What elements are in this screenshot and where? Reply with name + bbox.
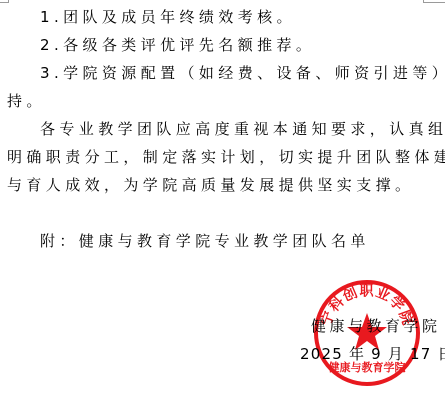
signature-org: 健康与教育学院 [311,316,441,336]
list-item-2: 2.各级各类评优评先名额推荐。 [40,35,445,55]
list-item-1: 1.团队及成员年终绩效考核。 [40,7,445,27]
paragraph-line-1: 各专业教学团队应高度重视本通知要求，认真组织学习， [40,119,445,139]
attachment-note: 附：健康与教育学院专业教学团队名单 [40,231,445,251]
list-item-3-continuation: 持。 [7,91,443,111]
paragraph-line-3: 与育人成效，为学院高质量发展提供坚实支撑。 [7,175,443,195]
list-item-3: 3.学院资源配置（如经费、设备、师资引进等）倾斜支 [40,63,445,83]
signature-date: 2025 年 9 月 17 日 [300,344,445,364]
paragraph-line-2: 明确职责分工，制定落实计划，切实提升团队整体建设水平 [7,147,443,167]
